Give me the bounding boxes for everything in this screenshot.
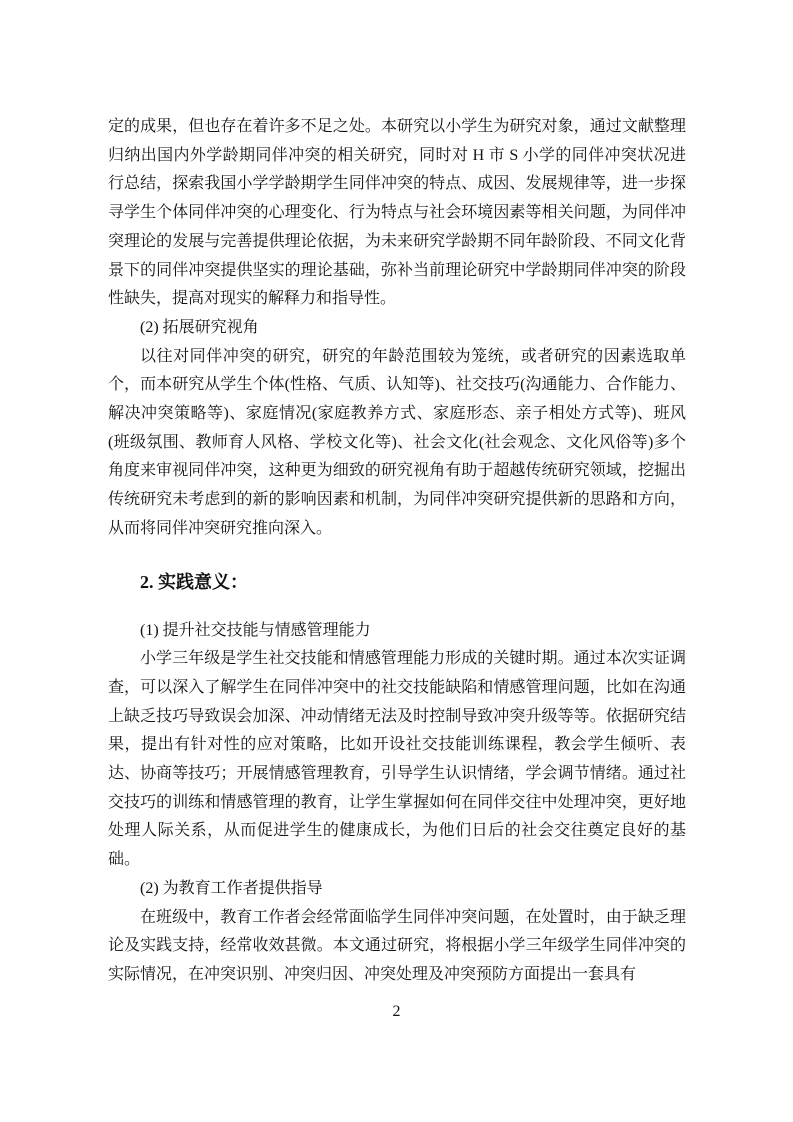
paragraph-continuation: 定的成果，但也存在着许多不足之处。本研究以小学生为研究对象，通过文献整理归纳出国… [108,113,686,314]
document-page: 定的成果，但也存在着许多不足之处。本研究以小学生为研究对象，通过文献整理归纳出国… [0,0,793,1122]
section-heading-practical-significance: 2. 实践意义： [108,567,686,597]
subsection-label-social-skills: (1) 提升社交技能与情感管理能力 [108,617,686,646]
subsection-label-educator-guidance: (2) 为教育工作者提供指导 [108,875,686,904]
body-paragraph-social-skills: 小学三年级是学生社交技能和情感管理能力形成的关键时期。通过本次实证调查，可以深入… [108,645,686,875]
page-body-text: 定的成果，但也存在着许多不足之处。本研究以小学生为研究对象，通过文献整理归纳出国… [108,113,686,990]
subsection-label-expand-research-view: (2) 拓展研究视角 [108,314,686,343]
body-paragraph-research-view: 以往对同伴冲突的研究，研究的年龄范围较为笼统，或者研究的因素选取单个，而本研究从… [108,343,686,544]
page-number: 2 [0,1002,793,1022]
body-paragraph-educator-guidance: 在班级中，教育工作者会经常面临学生同伴冲突问题，在处置时，由于缺乏理论及实践支持… [108,904,686,990]
